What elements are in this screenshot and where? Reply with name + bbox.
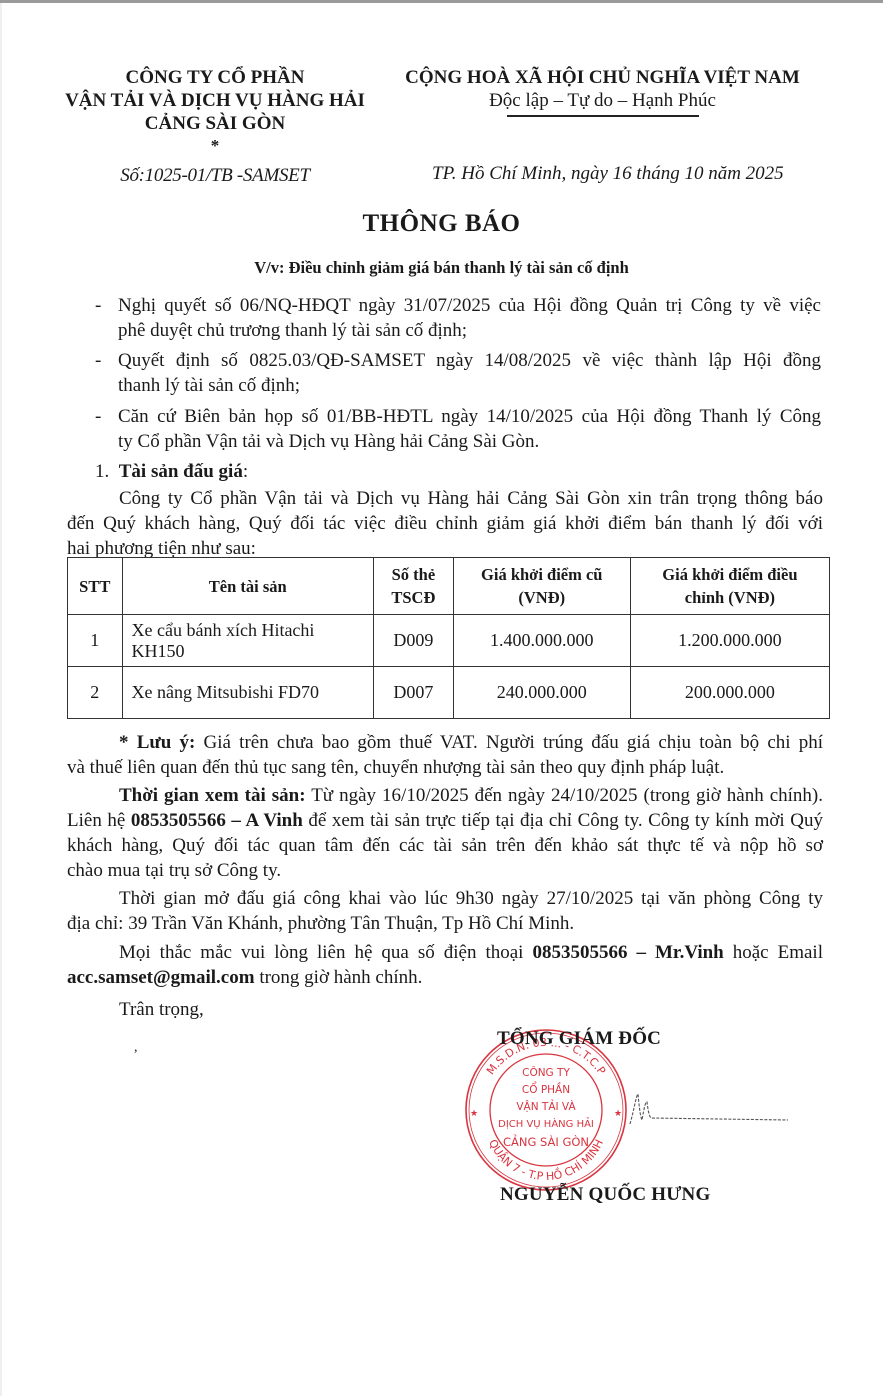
auction-line: Thời gian mở đấu giá công khai vào lúc 9… [67,886,823,911]
cell-asset-name: Xe nâng Mitsubishi FD70 [122,667,374,719]
header-text: Giá khởi điểm điều [635,563,825,586]
bullet-dash: - [95,348,101,373]
svg-text:CẢNG SÀI GÒN: CẢNG SÀI GÒN [503,1133,589,1149]
table-row: 1 Xe cẩu bánh xích Hitachi KH150 D009 1.… [68,615,830,667]
header-text: chỉnh (VNĐ) [635,586,825,609]
cell-stt: 1 [68,615,123,667]
contact-email: acc.samset@gmail.com [67,967,255,988]
table-header-row: STT Tên tài sản Số thẻTSCĐ Giá khởi điểm… [68,558,830,615]
viewing-text: để xem tài sản trực tiếp tại địa chỉ Côn… [303,810,823,831]
document-subject: V/v: Điều chỉnh giảm giá bán thanh lý tà… [0,258,883,278]
svg-text:DỊCH VỤ HÀNG HẢI: DỊCH VỤ HÀNG HẢI [498,1116,594,1130]
contact-text: Mọi thắc mắc vui lòng liên hệ qua số điệ… [119,942,532,963]
intro-line: đến Quý khách hàng, Quý đối tác việc điề… [67,511,823,536]
window-top-edge [0,0,883,3]
company-header: CÔNG TY CỔ PHẦN VẬN TẢI VÀ DỊCH VỤ HÀNG … [40,66,390,187]
national-motto: Độc lập – Tự do – Hạnh Phúc [375,89,830,112]
cell-asset-card: D007 [374,667,454,719]
viewing-paragraph: Thời gian xem tài sản: Từ ngày 16/10/202… [67,783,823,883]
motto-underline [507,115,699,117]
company-name-line1: CÔNG TY CỔ PHẦN [40,66,390,89]
note-text: Giá trên chưa bao gồm thuế VAT. Người tr… [195,732,823,753]
header-text: (VNĐ) [458,586,626,609]
header-asset-name: Tên tài sản [122,558,374,615]
section-heading: 1. Tài sản đấu giá: [95,461,248,483]
cell-stt: 2 [68,667,123,719]
document-title: THÔNG BÁO [0,210,883,238]
section-number: 1. [95,461,109,482]
viewing-line: Liên hệ 0853505566 – A Vinh để xem tài s… [67,808,823,833]
viewing-label: Thời gian xem tài sản: [119,785,306,806]
header-new-price: Giá khởi điểm điềuchỉnh (VNĐ) [630,558,829,615]
note-paragraph: * Lưu ý: Giá trên chưa bao gồm thuế VAT.… [67,730,823,780]
bullet-text-line: Căn cứ Biên bản họp số 01/BB-HĐTL ngày 1… [118,404,821,429]
header-text: Giá khởi điểm cũ [458,563,626,586]
signatory-title: TỔNG GIÁM ĐỐC [497,1028,661,1050]
company-seal-icon: M.S.D.N: 03 ... - C.T.C.P QUẬN 7 - T.P H… [462,1026,630,1194]
section-title: Tài sản đấu giá [119,461,243,482]
header-old-price: Giá khởi điểm cũ(VNĐ) [453,558,630,615]
legal-basis-item: - Quyết định số 0825.03/QĐ-SAMSET ngày 1… [95,348,821,398]
svg-text:VẬN TẢI VÀ: VẬN TẢI VÀ [516,1099,576,1113]
bullet-text-line: phê duyệt chủ trương thanh lý tài sản cố… [118,318,821,343]
section-intro: Công ty Cổ phần Vận tải và Dịch vụ Hàng … [67,486,823,561]
note-label: * Lưu ý: [119,732,195,753]
viewing-line: Thời gian xem tài sản: Từ ngày 16/10/202… [67,783,823,808]
country-name: CỘNG HOÀ XÃ HỘI CHỦ NGHĨA VIỆT NAM [375,66,830,89]
viewing-line: chào mua tại trụ sở Công ty. [67,858,823,883]
contact-line: Mọi thắc mắc vui lòng liên hệ qua số điệ… [67,940,823,965]
header-text: Số thẻ [378,563,449,586]
header-asset-card: Số thẻTSCĐ [374,558,454,615]
svg-text:CÔNG TY: CÔNG TY [522,1066,570,1079]
viewing-text: Liên hệ [67,810,131,831]
bullet-text-line: Nghị quyết số 06/NQ-HĐQT ngày 31/07/2025… [118,293,821,318]
closing: Trân trọng, [119,997,204,1022]
bullet-dash: - [95,293,101,318]
bullet-text-line: thanh lý tài sản cố định; [118,373,821,398]
auction-paragraph: Thời gian mở đấu giá công khai vào lúc 9… [67,886,823,936]
table-row: 2 Xe nâng Mitsubishi FD70 D007 240.000.0… [68,667,830,719]
viewing-line: khách hàng, Quý đối tác quan tâm đến các… [67,833,823,858]
svg-text:★: ★ [614,1109,622,1119]
company-name-line2: VẬN TẢI VÀ DỊCH VỤ HÀNG HẢI [40,89,390,112]
cell-asset-card: D009 [374,615,454,667]
legal-basis-item: - Nghị quyết số 06/NQ-HĐQT ngày 31/07/20… [95,293,821,343]
stray-mark: , [134,1040,138,1056]
note-line: và thuế liên quan đến thủ tục sang tên, … [67,755,823,780]
contact-paragraph: Mọi thắc mắc vui lòng liên hệ qua số điệ… [67,940,823,990]
cell-new-price: 200.000.000 [630,667,829,719]
section-colon: : [243,461,248,482]
cell-new-price: 1.200.000.000 [630,615,829,667]
viewing-contact: 0853505566 – A Vinh [131,810,303,831]
legal-basis-item: - Căn cứ Biên bản họp số 01/BB-HĐTL ngày… [95,404,821,454]
cell-old-price: 1.400.000.000 [453,615,630,667]
bullet-dash: - [95,404,101,429]
cell-asset-name: Xe cẩu bánh xích Hitachi KH150 [122,615,374,667]
signature-icon [628,1090,798,1130]
national-header: CỘNG HOÀ XÃ HỘI CHỦ NGHĨA VIỆT NAM Độc l… [375,66,830,117]
header-stt: STT [68,558,123,615]
auction-line: địa chỉ: 39 Trần Văn Khánh, phường Tân T… [67,911,823,936]
company-name-line3: CẢNG SÀI GÒN [40,112,390,135]
contact-text: trong giờ hành chính. [255,967,423,988]
svg-text:CỔ PHẦN: CỔ PHẦN [522,1081,570,1096]
bullet-text-line: Quyết định số 0825.03/QĐ-SAMSET ngày 14/… [118,348,821,373]
contact-phone: 0853505566 – Mr.Vinh [532,942,723,963]
bullet-text-line: ty Cổ phần Vận tải và Dịch vụ Hàng hải C… [118,429,821,454]
intro-line: Công ty Cổ phần Vận tải và Dịch vụ Hàng … [67,486,823,511]
cell-old-price: 240.000.000 [453,667,630,719]
note-line: * Lưu ý: Giá trên chưa bao gồm thuế VAT.… [67,730,823,755]
signatory-name: NGUYỄN QUỐC HƯNG [500,1184,710,1206]
contact-text: hoặc Email [724,942,823,963]
document-number: Số:1025-01/TB -SAMSET [40,164,390,187]
header-star: * [40,138,390,154]
svg-text:★: ★ [470,1109,478,1119]
header-text: TSCĐ [378,586,449,609]
asset-table: STT Tên tài sản Số thẻTSCĐ Giá khởi điểm… [67,557,830,719]
contact-line: acc.samset@gmail.com trong giờ hành chín… [67,965,823,990]
viewing-text: Từ ngày 16/10/2025 đến ngày 24/10/2025 (… [306,785,823,806]
date-line: TP. Hồ Chí Minh, ngày 16 tháng 10 năm 20… [432,163,784,185]
